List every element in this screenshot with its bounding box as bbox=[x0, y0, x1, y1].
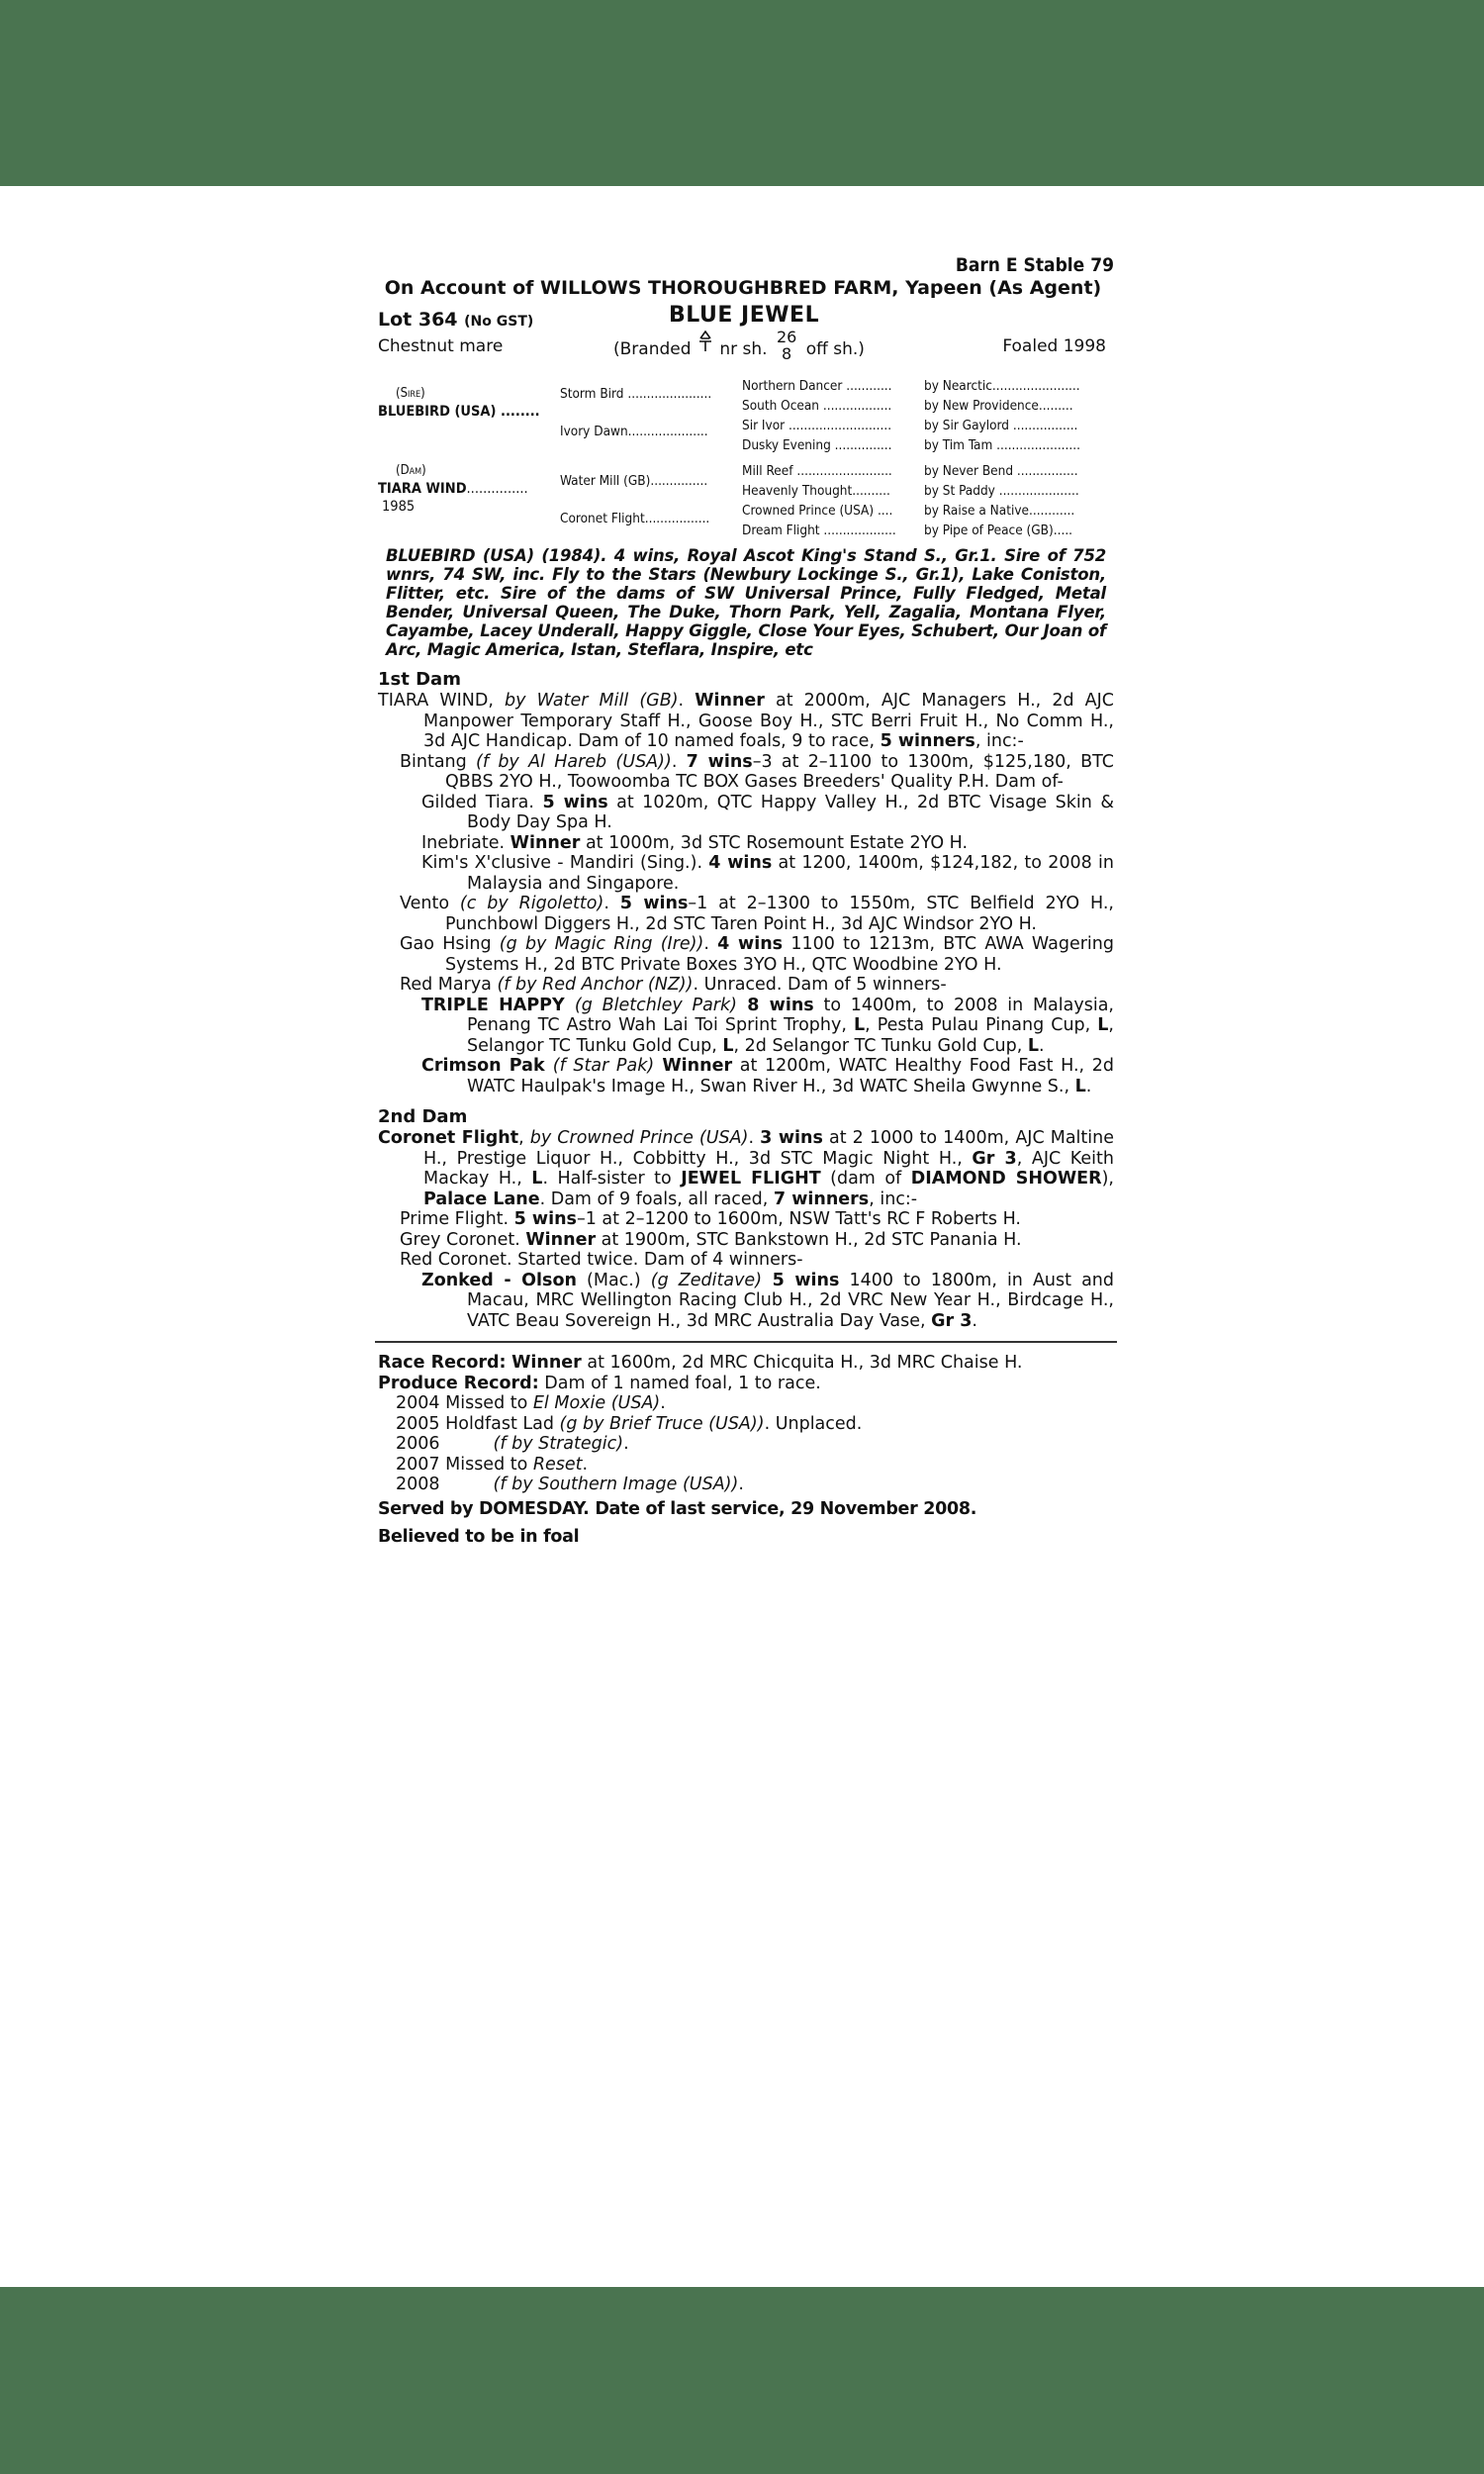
entry-text-run: –1 at 2–1200 to 1600m, NSW Tatt's RC F R… bbox=[577, 1209, 1021, 1229]
first-dam-entries: TIARA WIND, by Water Mill (GB). Winner a… bbox=[378, 691, 1114, 1096]
horse-name: BLUE JEWEL bbox=[669, 303, 819, 328]
entry-text-run: Red Marya bbox=[400, 975, 497, 995]
pedigree-gen2-item: Storm Bird ...................... bbox=[560, 386, 711, 402]
second-dam-entries: Coronet Flight, by Crowned Prince (USA).… bbox=[378, 1128, 1114, 1331]
entry-text-run: , bbox=[518, 1128, 530, 1148]
produce-year-row: 2008(f by Southern Image (USA)). bbox=[396, 1475, 1114, 1495]
entry-text-run: at 1900m, STC Bankstown H., 2d STC Panan… bbox=[596, 1230, 1021, 1250]
progeny-entry: Gilded Tiara. 5 wins at 1020m, QTC Happy… bbox=[378, 793, 1114, 833]
produce-after: . bbox=[623, 1434, 629, 1454]
progeny-entry: Grey Coronet. Winner at 1900m, STC Banks… bbox=[378, 1230, 1114, 1251]
pedigree-gen4-item: by Nearctic....................... bbox=[924, 378, 1080, 394]
entry-text-run: (g Zeditave) bbox=[651, 1271, 762, 1290]
served-by: Served by DOMESDAY. Date of last service… bbox=[378, 1498, 1114, 1520]
lot-note: (No GST) bbox=[464, 314, 533, 330]
entry-text-run: Bintang bbox=[400, 752, 476, 772]
pedigree-gen4-item: by Sir Gaylord ................. bbox=[924, 418, 1077, 433]
pedigree-gen3-item: Crowned Prince (USA) .... bbox=[742, 503, 892, 519]
entry-text-run: Red Coronet. Started twice. Dam of 4 win… bbox=[400, 1250, 803, 1270]
progeny-entry: Gao Hsing (g by Magic Ring (Ire)). 4 win… bbox=[378, 934, 1114, 975]
entry-text-run: . bbox=[603, 894, 619, 913]
entry-text-run: Coronet Flight bbox=[378, 1128, 518, 1148]
pedigree-gen3-item: South Ocean .................. bbox=[742, 398, 891, 414]
progeny-entry: TRIPLE HAPPY (g Bletchley Park) 8 wins t… bbox=[378, 996, 1114, 1057]
produce-year: 2006 bbox=[396, 1434, 440, 1454]
entry-text-run: Prime Flight. bbox=[400, 1209, 514, 1229]
produce-record-label: Produce Record: bbox=[378, 1374, 539, 1393]
entry-text-run: Gr 3 bbox=[931, 1311, 972, 1331]
progeny-entry: Zonked - Olson (Mac.) (g Zeditave) 5 win… bbox=[378, 1271, 1114, 1332]
brand-mark-icon bbox=[696, 336, 714, 356]
entry-text-run: . bbox=[1086, 1077, 1092, 1096]
first-dam-heading: 1st Dam bbox=[378, 669, 1114, 691]
produce-sire: (f by Strategic) bbox=[494, 1434, 624, 1454]
entry-text-run: (f by Red Anchor (NZ)) bbox=[497, 975, 693, 995]
entry-text-run: (dam of bbox=[821, 1169, 911, 1189]
entry-text-run: Zonked - Olson bbox=[421, 1271, 577, 1290]
vendor-account: On Account of WILLOWS THOROUGHBRED FARM,… bbox=[372, 277, 1114, 299]
entry-text-run: 3 wins bbox=[760, 1128, 823, 1148]
second-dam-heading: 2nd Dam bbox=[378, 1106, 1114, 1128]
brand-fraction-bottom: 8 bbox=[782, 344, 791, 363]
entry-text-run: 4 wins bbox=[708, 853, 772, 873]
entry-text-run: L bbox=[722, 1036, 733, 1056]
pedigree-gen4-item: by Tim Tam ...................... bbox=[924, 437, 1080, 453]
produce-year-row: 2006(f by Strategic). bbox=[396, 1434, 1114, 1455]
pedigree-gen4-item: by Never Bend ................ bbox=[924, 463, 1078, 479]
entry-text-run: . bbox=[748, 1128, 760, 1148]
foaled-year: Foaled 1998 bbox=[1002, 336, 1106, 356]
sire-biography: BLUEBIRD (USA) (1984). 4 wins, Royal Asc… bbox=[378, 546, 1114, 659]
second-dam-section: 2nd Dam Coronet Flight, by Crowned Princ… bbox=[378, 1106, 1114, 1331]
pedigree-gen3-item: Dusky Evening ............... bbox=[742, 437, 892, 453]
entry-text-run: . bbox=[679, 691, 696, 711]
pedigree-gen2-item: Water Mill (GB)............... bbox=[560, 473, 707, 489]
bottom-banner bbox=[0, 2287, 1484, 2474]
entry-text-run: Vento bbox=[400, 894, 460, 913]
entry-text-run: (g Bletchley Park) bbox=[575, 996, 737, 1015]
produce-text: Missed to bbox=[440, 1393, 533, 1413]
entry-text-run: Gilded Tiara. bbox=[421, 793, 542, 812]
entry-text-run: TIARA WIND, bbox=[378, 691, 505, 711]
dam-name-text: TIARA WIND bbox=[378, 481, 467, 497]
entry-text-run: . bbox=[972, 1311, 977, 1331]
entry-text-run: Crimson Pak bbox=[421, 1056, 553, 1076]
produce-after: . bbox=[738, 1475, 744, 1494]
race-record: Race Record: Winner at 1600m, 2d MRC Chi… bbox=[378, 1353, 1114, 1374]
entry-text-run: 5 winners bbox=[881, 731, 975, 751]
entry-text-run: Winner bbox=[695, 691, 765, 711]
dam-dots: ............... bbox=[467, 481, 528, 497]
pedigree-gen2-item: Ivory Dawn..................... bbox=[560, 424, 708, 439]
foal-status: Believed to be in foal bbox=[378, 1526, 1114, 1548]
entry-text-run: Winner bbox=[510, 833, 581, 853]
progeny-entry: Vento (c by Rigoletto). 5 wins–1 at 2–13… bbox=[378, 894, 1114, 934]
entry-text-run: 7 winners bbox=[774, 1189, 869, 1209]
produce-record: Produce Record: Dam of 1 named foal, 1 t… bbox=[378, 1374, 1114, 1394]
produce-after: . bbox=[583, 1455, 589, 1475]
section-divider bbox=[375, 1341, 1117, 1343]
produce-year-row: 2004 Missed to El Moxie (USA). bbox=[396, 1393, 1114, 1414]
entry-text-run: . Half-sister to bbox=[542, 1169, 681, 1189]
entry-text-run: Gr 3 bbox=[972, 1149, 1016, 1169]
entry-text-run: Gao Hsing bbox=[400, 934, 500, 954]
produce-sire: (g by Brief Truce (USA)) bbox=[560, 1414, 765, 1434]
entry-text-run: (f by Al Hareb (USA)) bbox=[476, 752, 672, 772]
brand-description: (Branded nr sh. 268 off sh.) bbox=[613, 336, 865, 362]
produce-record-text: Dam of 1 named foal, 1 to race. bbox=[539, 1374, 821, 1393]
progeny-entry: Kim's X'clusive - Mandiri (Sing.). 4 win… bbox=[378, 853, 1114, 894]
pedigree-gen4-item: by Pipe of Peace (GB)..... bbox=[924, 523, 1072, 538]
entry-text-run: , inc:- bbox=[975, 731, 1024, 751]
produce-year-row: 2005 Holdfast Lad (g by Brief Truce (USA… bbox=[396, 1414, 1114, 1435]
top-banner bbox=[0, 0, 1484, 186]
entry-text-run: 8 wins bbox=[737, 996, 814, 1015]
entry-text-run: TRIPLE HAPPY bbox=[421, 996, 575, 1015]
entry-text-run: L bbox=[531, 1169, 542, 1189]
entry-text-run: . Dam of 9 foals, all raced, bbox=[540, 1189, 774, 1209]
produce-sire: Reset bbox=[533, 1455, 583, 1475]
entry-text-run: (Mac.) bbox=[577, 1271, 651, 1290]
brand-near-shoulder: nr sh. bbox=[719, 339, 767, 359]
progeny-entry: Prime Flight. 5 wins–1 at 2–1200 to 1600… bbox=[378, 1209, 1114, 1230]
entry-text-run: 5 wins bbox=[620, 894, 689, 913]
entry-text-run: (f Star Pak) bbox=[553, 1056, 654, 1076]
progeny-entry: Crimson Pak (f Star Pak) Winner at 1200m… bbox=[378, 1056, 1114, 1096]
entry-text-run: Kim's X'clusive - Mandiri (Sing.). bbox=[421, 853, 708, 873]
pedigree-gen3-item: Dream Flight ................... bbox=[742, 523, 896, 538]
entry-text-run: 5 wins bbox=[514, 1209, 577, 1229]
entry-text-run: , Pesta Pulau Pinang Cup, bbox=[865, 1015, 1097, 1035]
pedigree-gen2-item: Coronet Flight................. bbox=[560, 511, 709, 526]
entry-text-run: Grey Coronet. bbox=[400, 1230, 525, 1250]
produce-year: 2008 bbox=[396, 1475, 440, 1494]
entry-text-run: by Water Mill (GB) bbox=[505, 691, 679, 711]
sire-label: (Sire) bbox=[396, 386, 425, 401]
entry-text-run: . bbox=[672, 752, 687, 772]
pedigree-table: (Sire) BLUEBIRD (USA) ........ (Dam) TIA… bbox=[378, 374, 1114, 538]
entry-text-run: L bbox=[1028, 1036, 1039, 1056]
brand-off-shoulder: off sh.) bbox=[806, 339, 865, 359]
pedigree-gen3-item: Northern Dancer ............ bbox=[742, 378, 892, 394]
produce-sire: El Moxie (USA) bbox=[533, 1393, 660, 1413]
produce-year: 2004 bbox=[396, 1393, 440, 1413]
dam-year: 1985 bbox=[382, 499, 415, 515]
entry-text-run: (c by Rigoletto) bbox=[460, 894, 603, 913]
race-record-text: at 1600m, 2d MRC Chicquita H., 3d MRC Ch… bbox=[582, 1353, 1023, 1373]
produce-sire: (f by Southern Image (USA)) bbox=[494, 1475, 739, 1494]
dam-entry: Coronet Flight, by Crowned Prince (USA).… bbox=[378, 1128, 1114, 1209]
entry-text-run: (g by Magic Ring (Ire)) bbox=[500, 934, 704, 954]
barn-stable: Barn E Stable 79 bbox=[378, 253, 1114, 277]
progeny-entry: Red Marya (f by Red Anchor (NZ)). Unrace… bbox=[378, 975, 1114, 996]
produce-text: Holdfast Lad bbox=[440, 1414, 560, 1434]
produce-text: Missed to bbox=[440, 1455, 533, 1475]
pedigree-gen4-item: by New Providence......... bbox=[924, 398, 1073, 414]
entry-text-run: ), bbox=[1102, 1169, 1114, 1189]
pedigree-gen4-item: by Raise a Native............ bbox=[924, 503, 1074, 519]
produce-after: . Unplaced. bbox=[765, 1414, 863, 1434]
entry-text-run: DIAMOND SHOWER bbox=[911, 1169, 1102, 1189]
entry-text-run: , 2d Selangor TC Tunku Gold Cup, bbox=[734, 1036, 1028, 1056]
pedigree-gen4-item: by St Paddy ..................... bbox=[924, 483, 1079, 499]
entry-text-run: by Crowned Prince (USA) bbox=[530, 1128, 749, 1148]
entry-text-run: . bbox=[703, 934, 717, 954]
lot-label: Lot 364 bbox=[378, 309, 458, 331]
entry-text-run: L bbox=[854, 1015, 865, 1035]
entry-text-run: , inc:- bbox=[869, 1189, 917, 1209]
entry-text-run: . Unraced. Dam of 5 winners- bbox=[693, 975, 946, 995]
horse-description: Chestnut mare bbox=[378, 336, 503, 356]
produce-year-row: 2007 Missed to Reset. bbox=[396, 1455, 1114, 1475]
brand-fraction: 268 bbox=[777, 329, 796, 362]
entry-text-run: Palace Lane bbox=[423, 1189, 540, 1209]
pedigree-gen3-item: Mill Reef ......................... bbox=[742, 463, 892, 479]
race-record-label: Race Record: bbox=[378, 1353, 507, 1373]
entry-text-run: at 1000m, 3d STC Rosemount Estate 2YO H. bbox=[580, 833, 968, 853]
progeny-entry: Bintang (f by Al Hareb (USA)). 7 wins–3 … bbox=[378, 752, 1114, 793]
lot-number: Lot 364 (No GST) bbox=[378, 309, 533, 331]
progeny-entry: Red Coronet. Started twice. Dam of 4 win… bbox=[378, 1250, 1114, 1271]
entry-text-run: Inebriate. bbox=[421, 833, 510, 853]
lot-row: Lot 364 (No GST) BLUE JEWEL bbox=[378, 301, 1114, 333]
entry-text-run: 7 wins bbox=[687, 752, 753, 772]
entry-text-run: . bbox=[1039, 1036, 1045, 1056]
entry-text-run: JEWEL FLIGHT bbox=[681, 1169, 820, 1189]
progeny-entry: Inebriate. Winner at 1000m, 3d STC Rosem… bbox=[378, 833, 1114, 854]
catalogue-page: Barn E Stable 79 On Account of WILLOWS T… bbox=[378, 253, 1114, 1548]
race-record-winner: Winner bbox=[511, 1353, 582, 1373]
pedigree-gen3-item: Sir Ivor ........................... bbox=[742, 418, 891, 433]
description-row: Chestnut mare (Branded nr sh. 268 off sh… bbox=[378, 333, 1114, 368]
pedigree-gen3-item: Heavenly Thought.......... bbox=[742, 483, 890, 499]
entry-text-run: Winner bbox=[525, 1230, 596, 1250]
entry-text-run: 4 wins bbox=[717, 934, 783, 954]
sire-name: BLUEBIRD (USA) ........ bbox=[378, 404, 540, 420]
produce-years: 2004 Missed to El Moxie (USA).2005 Holdf… bbox=[378, 1393, 1114, 1495]
produce-year: 2005 bbox=[396, 1414, 440, 1434]
entry-text-run: 5 wins bbox=[762, 1271, 839, 1290]
brand-prefix: (Branded bbox=[613, 339, 692, 359]
entry-text-run: L bbox=[1097, 1015, 1108, 1035]
dam-label: (Dam) bbox=[396, 463, 426, 478]
entry-text-run: Winner bbox=[654, 1056, 732, 1076]
dam-name: TIARA WIND............... bbox=[378, 481, 528, 497]
dam-entry: TIARA WIND, by Water Mill (GB). Winner a… bbox=[378, 691, 1114, 752]
produce-year: 2007 bbox=[396, 1455, 440, 1475]
produce-after: . bbox=[660, 1393, 666, 1413]
first-dam-section: 1st Dam TIARA WIND, by Water Mill (GB). … bbox=[378, 669, 1114, 1096]
entry-text-run: 5 wins bbox=[542, 793, 607, 812]
entry-text-run: L bbox=[1075, 1077, 1086, 1096]
